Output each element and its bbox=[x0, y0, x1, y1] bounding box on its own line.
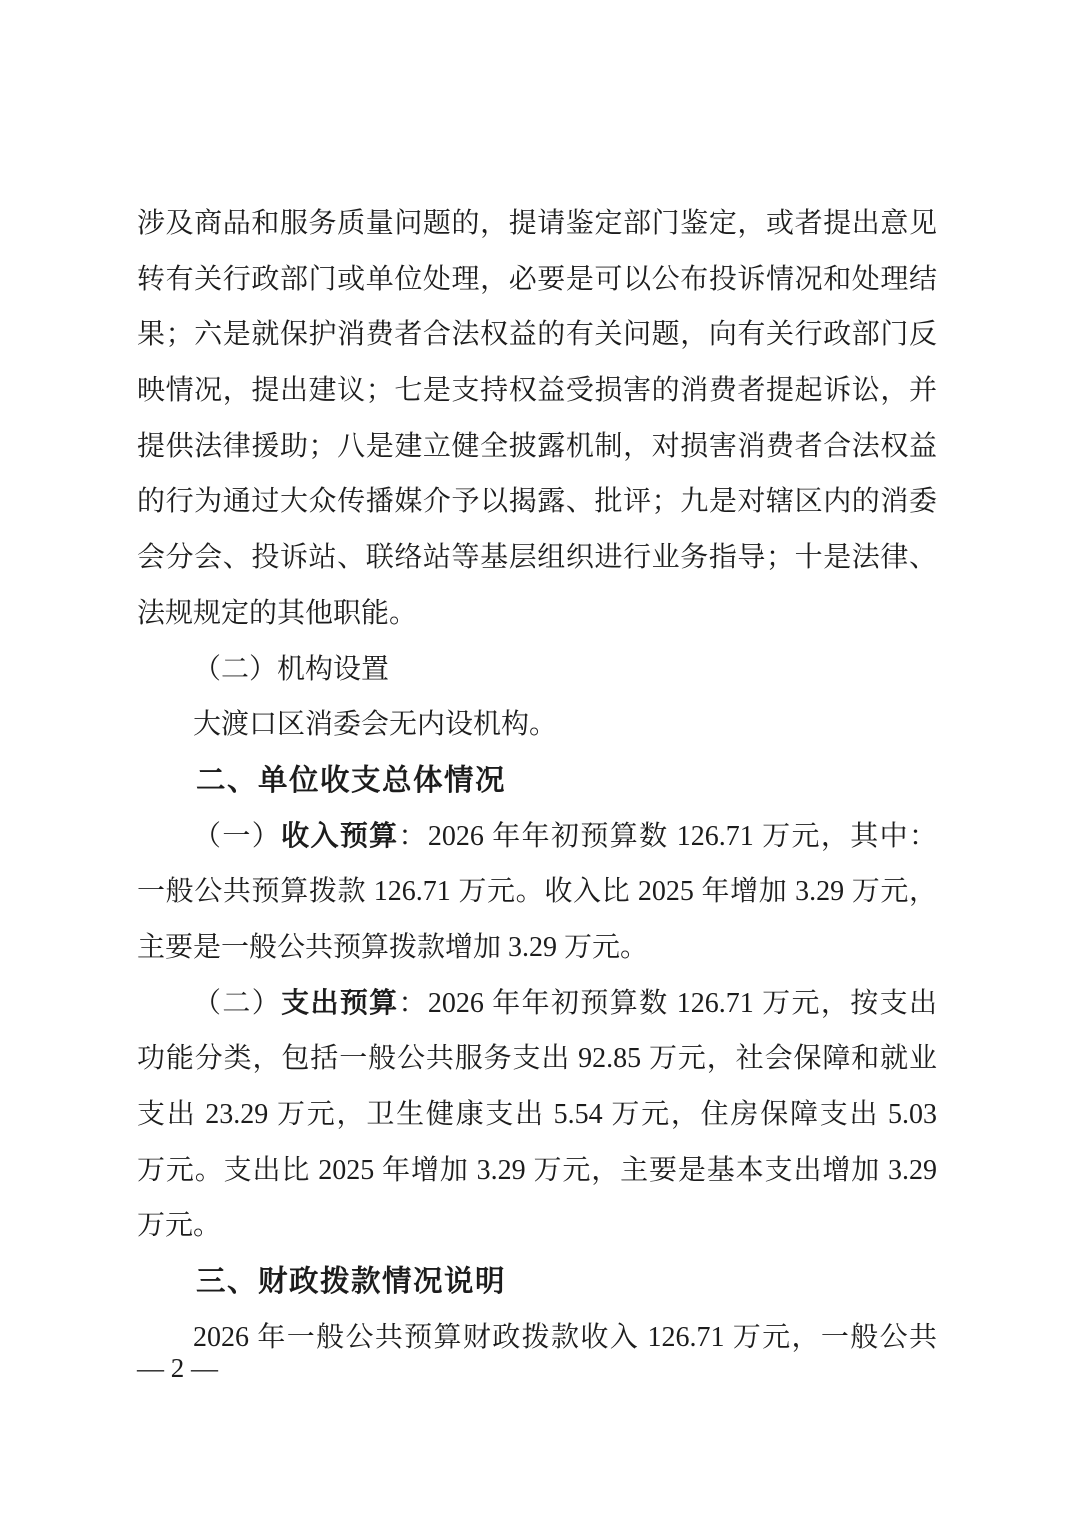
text-line: 会分会、投诉站、联络站等基层组织进行业务指导；十是法律、 bbox=[137, 530, 937, 586]
text-segment: ：2026 年年初预算数 126.71 万元，按支出 bbox=[399, 988, 937, 1019]
text-line: 提供法律援助；八是建立健全披露机制，对损害消费者合法权益 bbox=[137, 419, 937, 475]
emphasized-text: 支出预算 bbox=[281, 988, 398, 1019]
text-line: 大渡口区消委会无内设机构。 bbox=[137, 697, 937, 753]
text-line: 涉及商品和服务质量问题的，提请鉴定部门鉴定，或者提出意见 bbox=[137, 196, 937, 252]
text-line: 映情况，提出建议；七是支持权益受损害的消费者提起诉讼，并 bbox=[137, 363, 937, 419]
text-line: 法规规定的其他职能。 bbox=[137, 586, 937, 642]
section-heading: 三、财政拨款情况说明 bbox=[137, 1254, 937, 1310]
text-segment: ：2026 年年初预算数 126.71 万元，其中： bbox=[399, 821, 937, 852]
text-segment: （二） bbox=[193, 988, 281, 1019]
page-number: — 2 — bbox=[137, 1353, 218, 1383]
text-line: 支出 23.29 万元，卫生健康支出 5.54 万元，住房保障支出 5.03 bbox=[137, 1087, 937, 1143]
text-line: 一般公共预算拨款 126.71 万元。收入比 2025 年增加 3.29 万元， bbox=[137, 864, 937, 920]
text-line: 的行为通过大众传播媒介予以揭露、批评；九是对辖区内的消委 bbox=[137, 474, 937, 530]
text-segment: （一） bbox=[193, 821, 281, 852]
document-page: 涉及商品和服务质量问题的，提请鉴定部门鉴定，或者提出意见转有关行政部门或单位处理… bbox=[0, 0, 1074, 1520]
text-line: （一）收入预算：2026 年年初预算数 126.71 万元，其中： bbox=[137, 809, 937, 865]
page-footer: — 2 — bbox=[137, 1348, 218, 1388]
sub-heading: （二）机构设置 bbox=[137, 642, 937, 698]
text-line: 万元。 bbox=[137, 1198, 937, 1254]
text-line: 2026 年一般公共预算财政拨款收入 126.71 万元，一般公共 bbox=[137, 1310, 937, 1366]
document-body: 涉及商品和服务质量问题的，提请鉴定部门鉴定，或者提出意见转有关行政部门或单位处理… bbox=[137, 196, 937, 1365]
section-heading: 二、单位收支总体情况 bbox=[137, 753, 937, 809]
text-line: 转有关行政部门或单位处理，必要是可以公布投诉情况和处理结 bbox=[137, 252, 937, 308]
text-line: 主要是一般公共预算拨款增加 3.29 万元。 bbox=[137, 920, 937, 976]
text-line: 万元。支出比 2025 年增加 3.29 万元，主要是基本支出增加 3.29 bbox=[137, 1143, 937, 1199]
text-line: 果；六是就保护消费者合法权益的有关问题，向有关行政部门反 bbox=[137, 307, 937, 363]
text-line: （二）支出预算：2026 年年初预算数 126.71 万元，按支出 bbox=[137, 976, 937, 1032]
emphasized-text: 收入预算 bbox=[281, 821, 398, 852]
text-line: 功能分类，包括一般公共服务支出 92.85 万元，社会保障和就业 bbox=[137, 1031, 937, 1087]
